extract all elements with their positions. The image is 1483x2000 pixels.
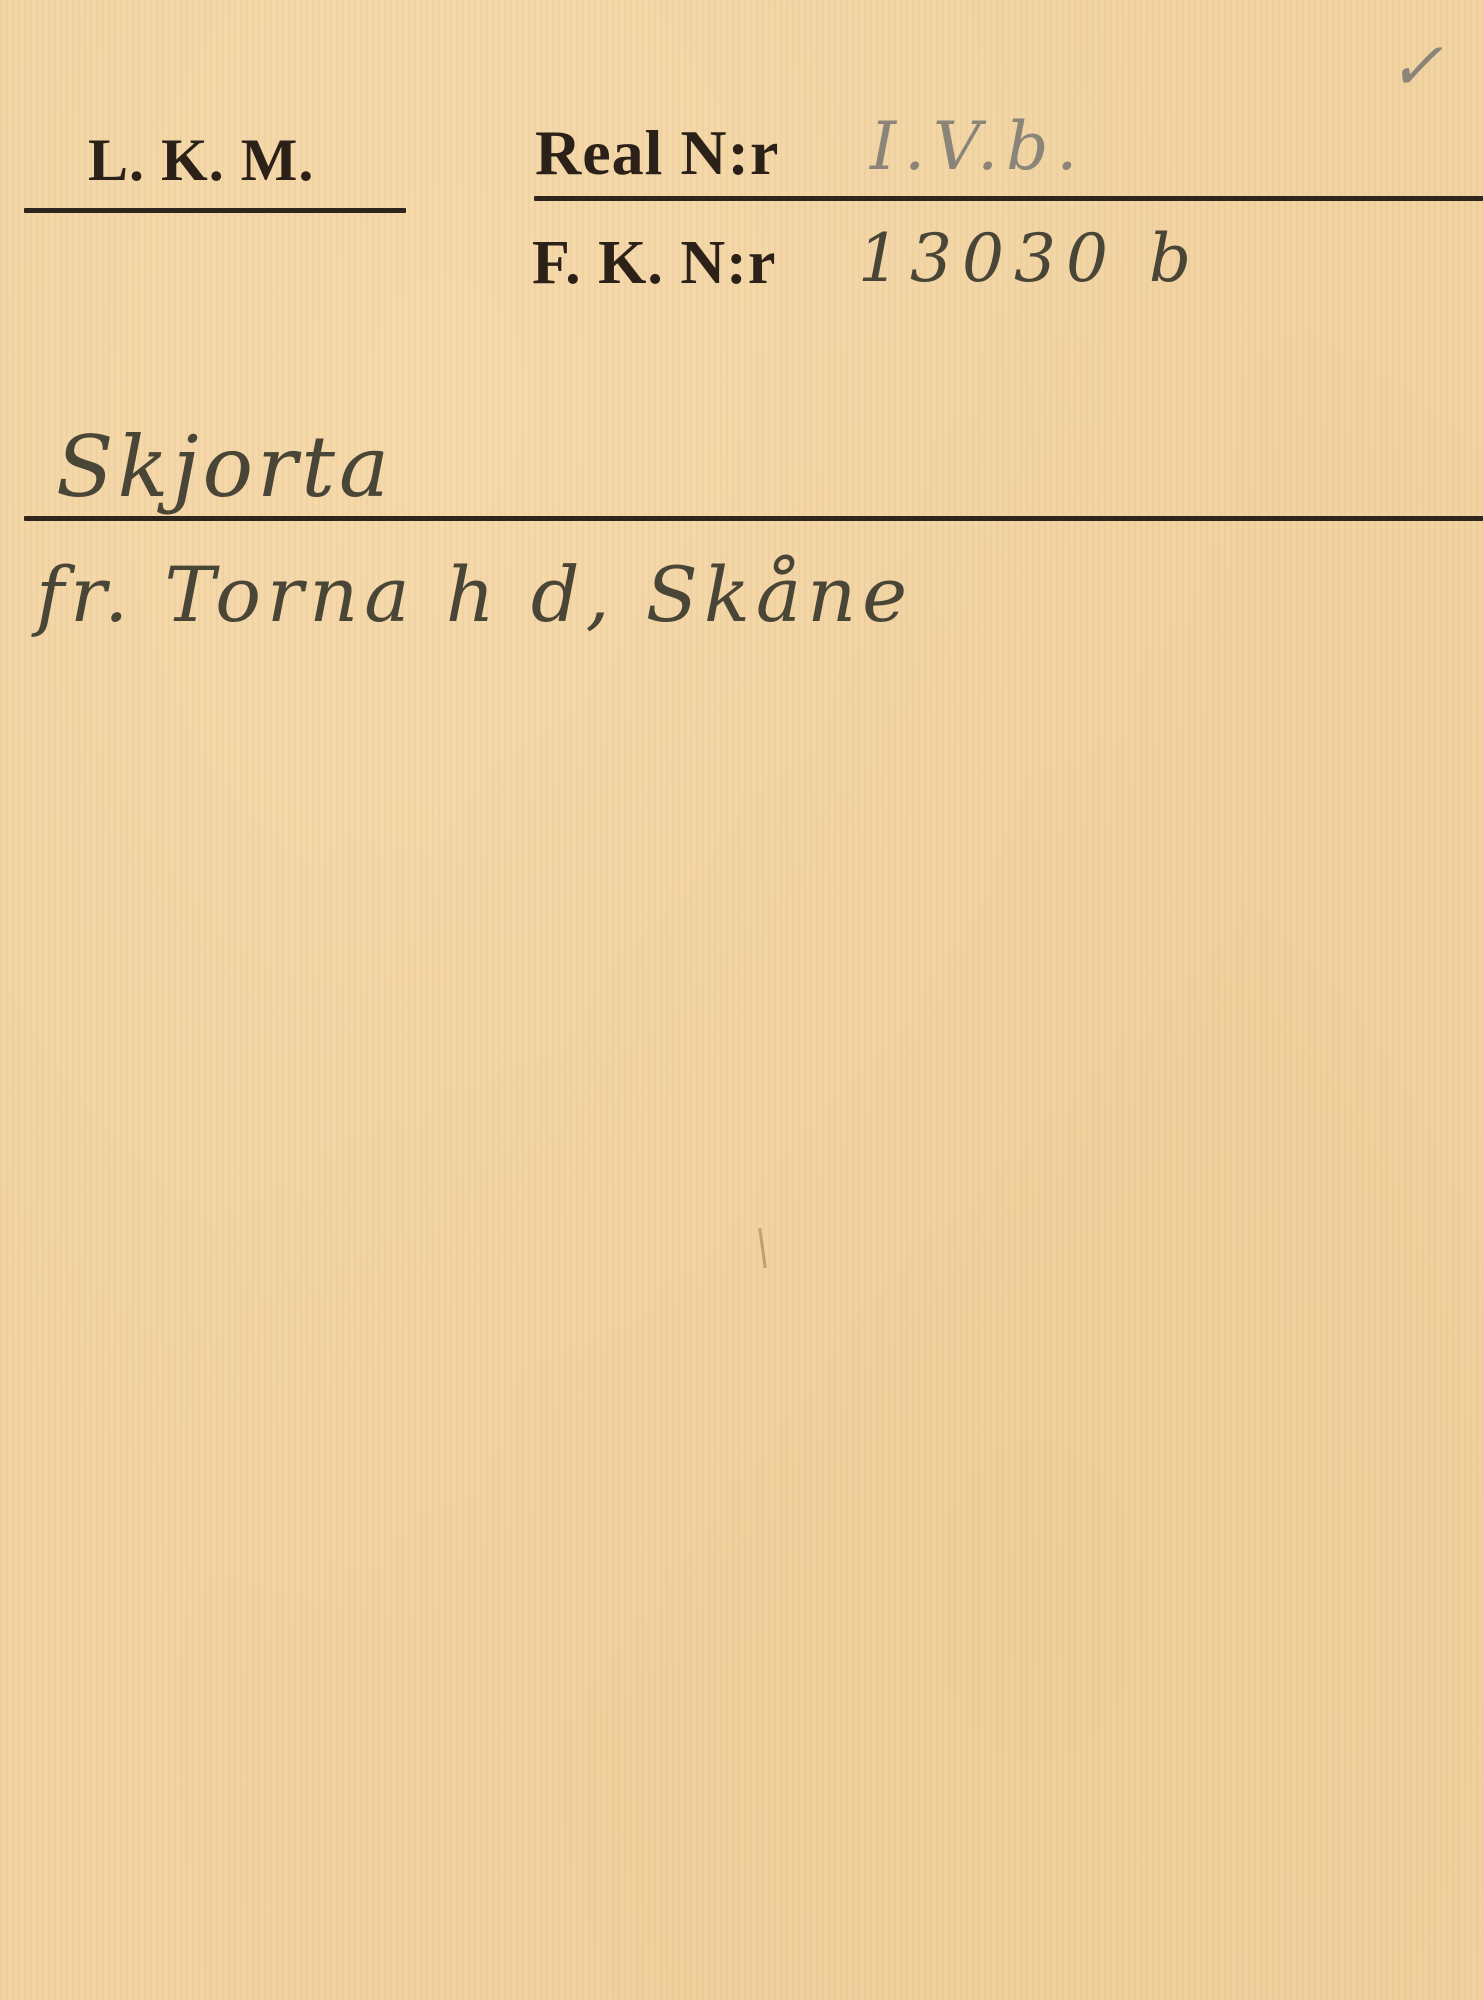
paper-blemish bbox=[758, 1228, 767, 1268]
object-name: Skjorta bbox=[56, 418, 393, 516]
real-nr-underline bbox=[534, 196, 1483, 201]
fk-nr-label: F. K. N:r bbox=[532, 228, 776, 299]
real-nr-label: Real N:r bbox=[535, 116, 779, 190]
real-nr-value: I.V.b. bbox=[870, 108, 1085, 185]
check-icon: ✓ bbox=[1388, 28, 1443, 105]
catalog-card: L. K. M. Real N:r I.V.b. ✓ F. K. N:r 130… bbox=[0, 0, 1483, 2000]
provenance-text: fr. Torna h d, Skåne bbox=[36, 550, 913, 639]
institution-underline bbox=[24, 208, 406, 213]
institution-label: L. K. M. bbox=[88, 126, 314, 195]
object-name-underline bbox=[24, 516, 1483, 521]
fk-nr-value: 13030 b bbox=[858, 220, 1201, 297]
